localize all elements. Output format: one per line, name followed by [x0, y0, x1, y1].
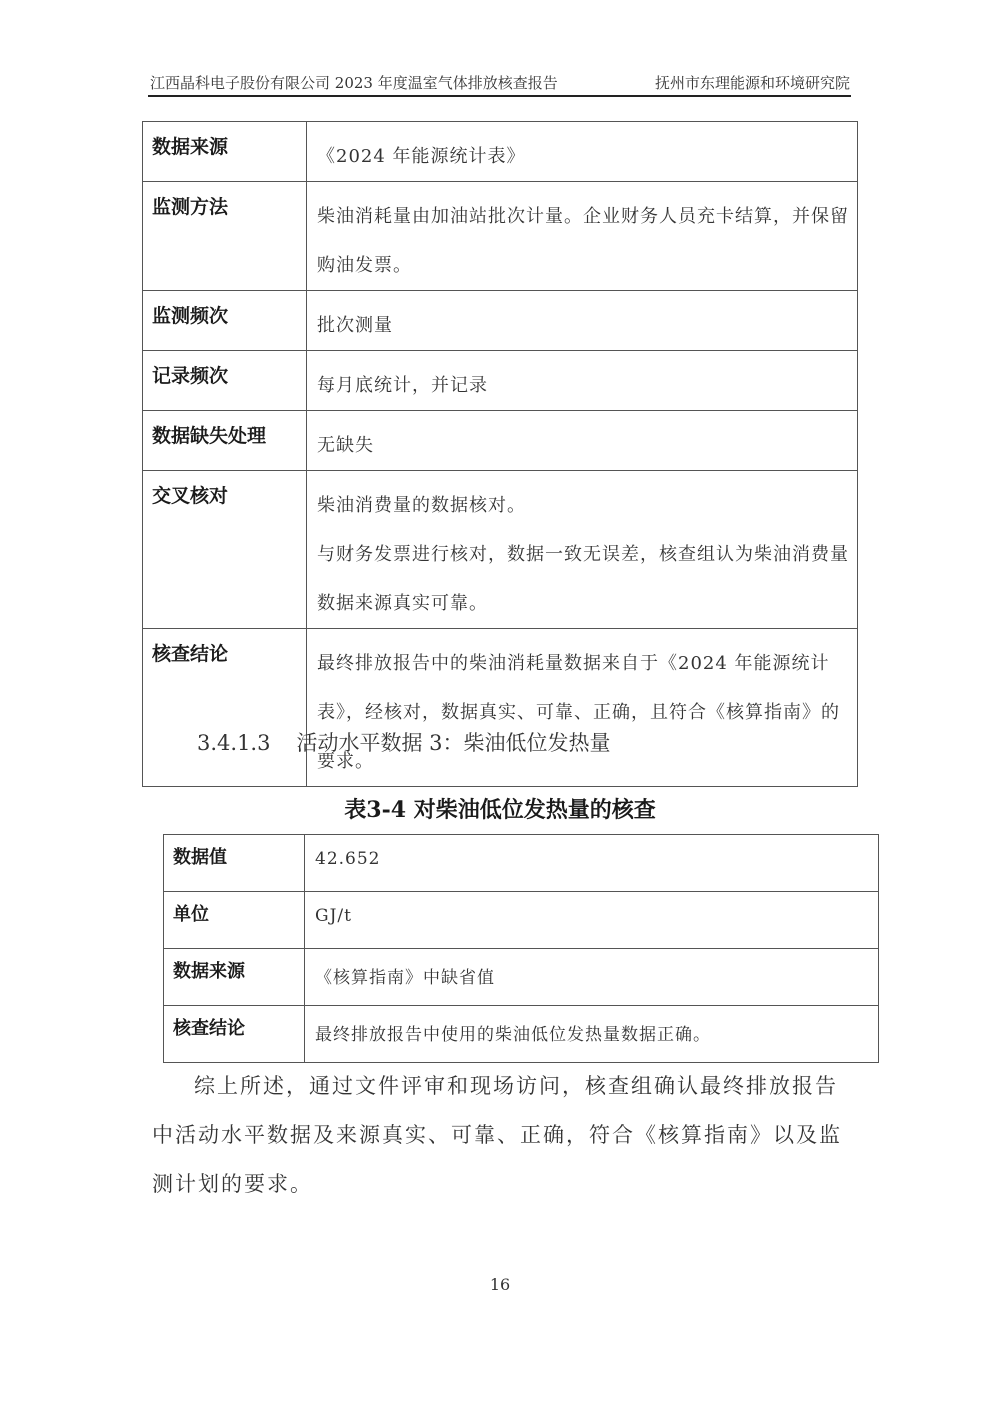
row-value: 柴油消费量的数据核对。 与财务发票进行核对，数据一致无误差，核查组认为柴油消费量… [307, 471, 858, 629]
table-row: 数据来源 《核算指南》中缺省值 [164, 949, 879, 1006]
table-row: 数据缺失处理 无缺失 [143, 411, 858, 471]
table-row: 核查结论 最终排放报告中使用的柴油低位发热量数据正确。 [164, 1006, 879, 1063]
header-report-title: 江西晶科电子股份有限公司 2023 年度温室气体排放核查报告 [150, 72, 558, 93]
row-label: 数据来源 [164, 949, 305, 1006]
row-label: 监测方法 [143, 182, 307, 291]
section-title: 活动水平数据 3：柴油低位发热量 [296, 731, 610, 755]
row-label: 核查结论 [143, 629, 307, 787]
table-row: 监测方法 柴油消耗量由加油站批次计量。企业财务人员充卡结算，并保留购油发票。 [143, 182, 858, 291]
calorific-value-table: 数据值 42.652 单位 GJ/t 数据来源 《核算指南》中缺省值 核查结论 … [163, 834, 879, 1063]
header-divider [148, 95, 851, 97]
row-label: 数据值 [164, 835, 305, 892]
table-row: 数据来源 《2024 年能源统计表》 [143, 122, 858, 182]
row-value: GJ/t [305, 892, 879, 949]
row-label: 记录频次 [143, 351, 307, 411]
header-organization: 抚州市东理能源和环境研究院 [655, 72, 850, 93]
row-label: 监测频次 [143, 291, 307, 351]
row-label: 数据来源 [143, 122, 307, 182]
row-value: 《核算指南》中缺省值 [305, 949, 879, 1006]
summary-paragraph: 综上所述，通过文件评审和现场访问，核查组确认最终排放报告中活动水平数据及来源真实… [152, 1062, 852, 1209]
table-row: 记录频次 每月底统计，并记录 [143, 351, 858, 411]
page-number: 16 [0, 1275, 1000, 1294]
row-value: 批次测量 [307, 291, 858, 351]
section-number: 3.4.1.3 [197, 731, 270, 755]
row-value: 《2024 年能源统计表》 [307, 122, 858, 182]
row-label: 核查结论 [164, 1006, 305, 1063]
page-header: 江西晶科电子股份有限公司 2023 年度温室气体排放核查报告 抚州市东理能源和环… [150, 70, 850, 94]
section-heading: 3.4.1.3活动水平数据 3：柴油低位发热量 [197, 727, 611, 757]
table-caption: 表3-4 对柴油低位发热量的核查 [0, 793, 1000, 824]
row-value: 柴油消耗量由加油站批次计量。企业财务人员充卡结算，并保留购油发票。 [307, 182, 858, 291]
table-row: 监测频次 批次测量 [143, 291, 858, 351]
row-value: 最终排放报告中使用的柴油低位发热量数据正确。 [305, 1006, 879, 1063]
row-label: 数据缺失处理 [143, 411, 307, 471]
table-row: 核查结论 最终排放报告中的柴油消耗量数据来自于《2024 年能源统计表》，经核对… [143, 629, 858, 787]
row-value: 最终排放报告中的柴油消耗量数据来自于《2024 年能源统计表》，经核对，数据真实… [307, 629, 858, 787]
row-value: 42.652 [305, 835, 879, 892]
row-value: 每月底统计，并记录 [307, 351, 858, 411]
table-row: 单位 GJ/t [164, 892, 879, 949]
table-row: 数据值 42.652 [164, 835, 879, 892]
row-label: 交叉核对 [143, 471, 307, 629]
diesel-consumption-table: 数据来源 《2024 年能源统计表》 监测方法 柴油消耗量由加油站批次计量。企业… [142, 121, 858, 787]
table-row: 交叉核对 柴油消费量的数据核对。 与财务发票进行核对，数据一致无误差，核查组认为… [143, 471, 858, 629]
row-label: 单位 [164, 892, 305, 949]
row-value: 无缺失 [307, 411, 858, 471]
